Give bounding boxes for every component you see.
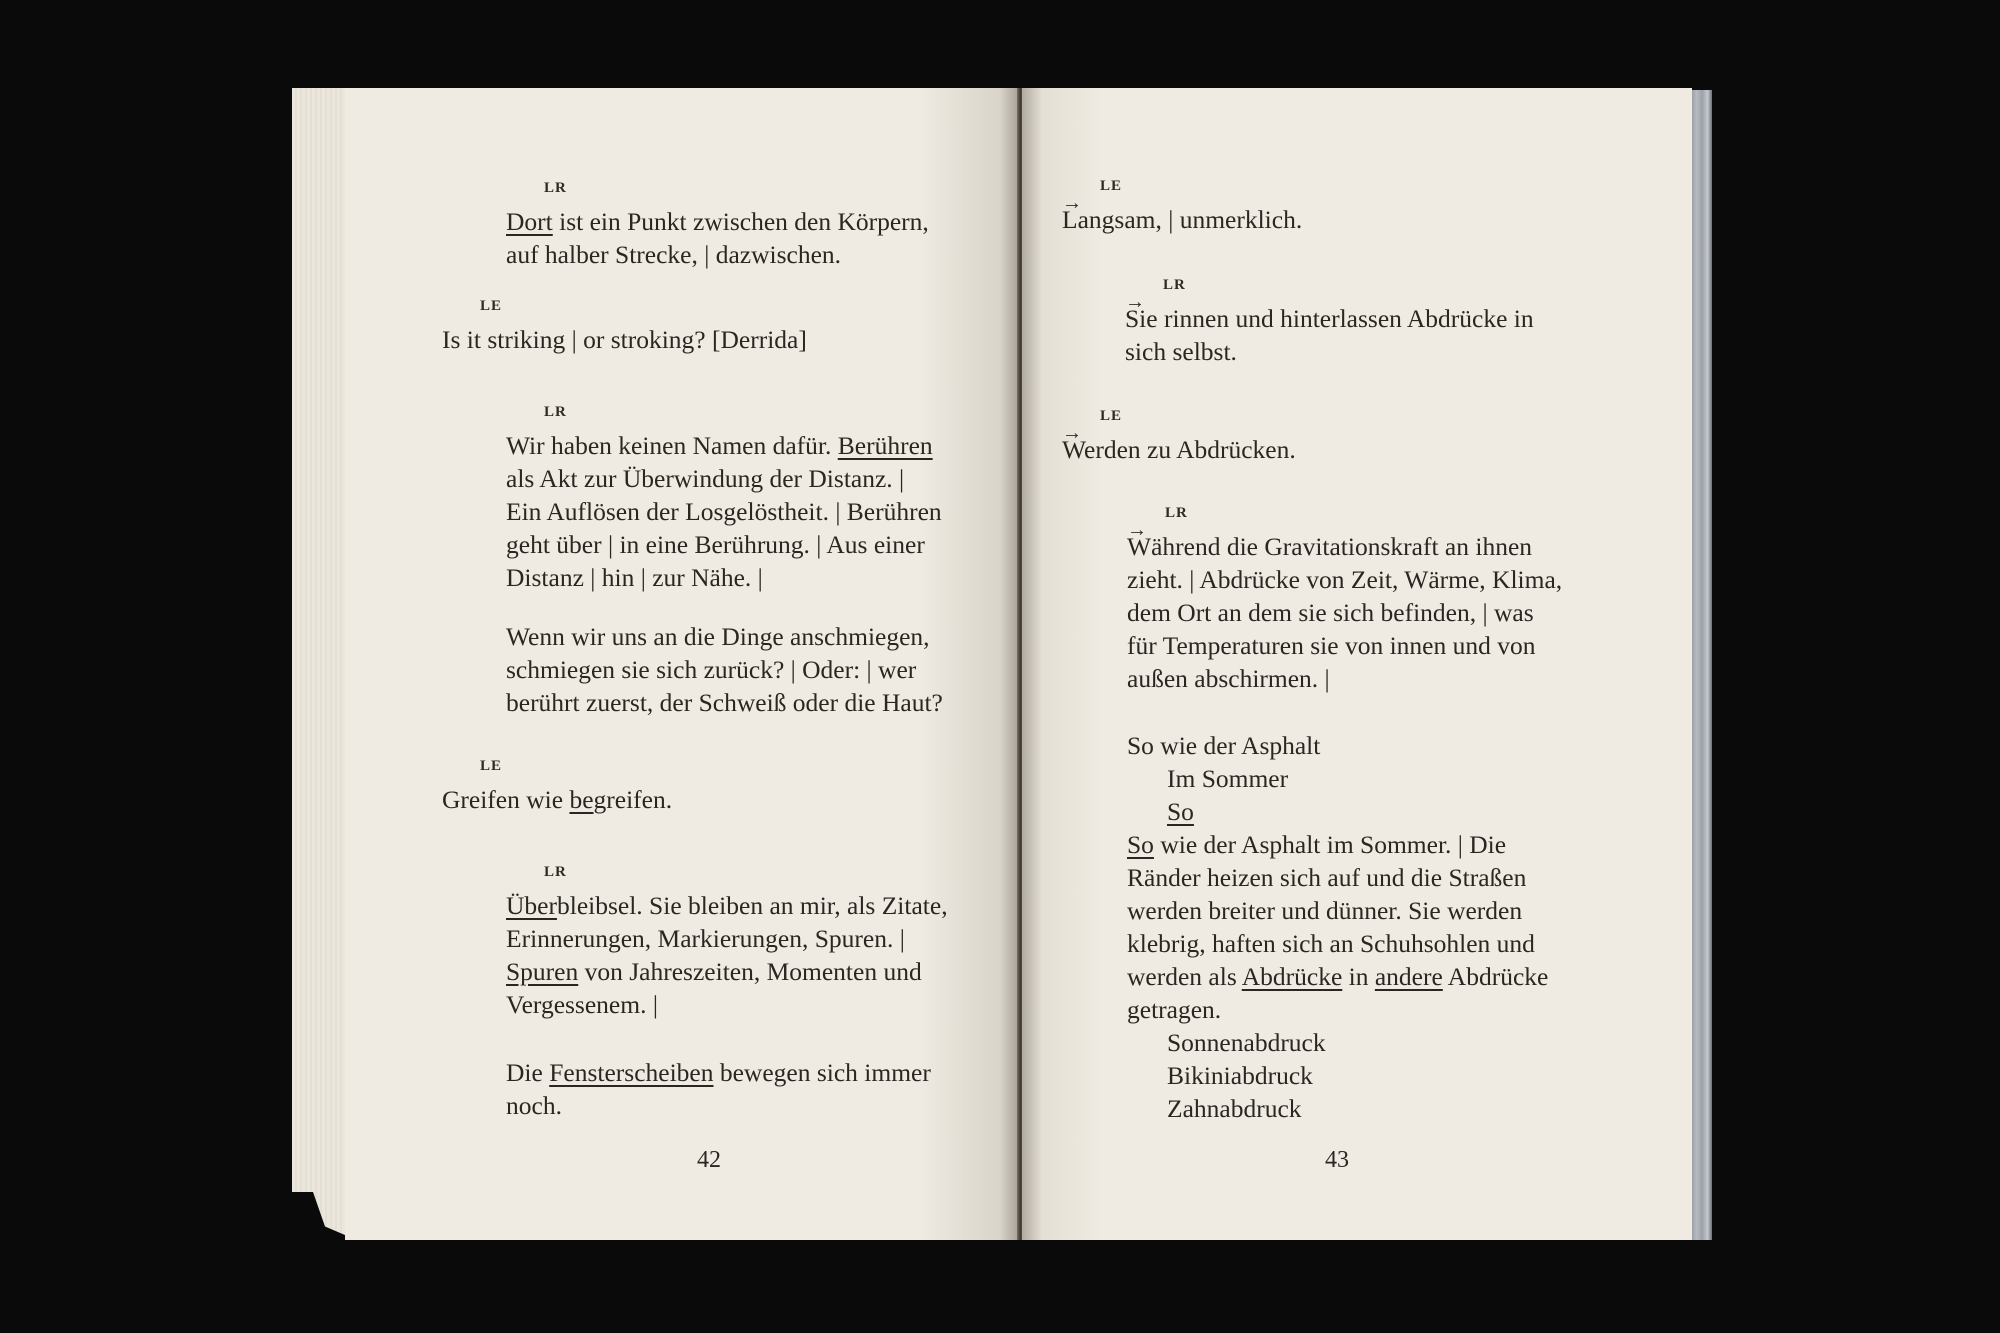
text-block: Die Fensterscheiben bewegen sich immerno…	[506, 1056, 931, 1122]
text-span: bleibsel. Sie bleiben an mir, als Zitate…	[557, 891, 948, 920]
text-block: So wie der AsphaltIm SommerSoSo wie der …	[1127, 729, 1548, 1125]
text-block: LRWir haben keinen Namen dafür. Berühren…	[506, 429, 942, 594]
left-page: 42 LRDort ist ein Punkt zwischen den Kör…	[345, 88, 1020, 1240]
text-block: LE→Langsam, | unmerklich.	[1062, 203, 1302, 236]
text-span: Sie rinnen und hinterlassen Abdrücke in	[1125, 304, 1534, 333]
text-span: berührt zuerst, der Schweiß oder die Hau…	[506, 688, 943, 717]
text-block: LRDort ist ein Punkt zwischen den Körper…	[506, 205, 929, 271]
text-span: Ein Auflösen der Losgelöstheit. | Berühr…	[506, 497, 942, 526]
text-span: Wir haben keinen Namen dafür.	[506, 431, 838, 460]
text-line: Greifen wie begreifen.	[442, 783, 672, 816]
text-line: Wenn wir uns an die Dinge anschmiegen,	[506, 620, 943, 653]
page-number-right: 43	[1325, 1147, 1349, 1174]
underlined-word: Dort	[506, 207, 553, 236]
speaker-label: LR	[544, 865, 567, 880]
text-span: Werden zu Abdrücken.	[1062, 435, 1296, 464]
speaker-label: LR	[544, 181, 567, 196]
text-line: klebrig, haften sich an Schuhsohlen und	[1127, 927, 1548, 960]
text-line: So wie der Asphalt im Sommer. | Die	[1127, 828, 1548, 861]
underlined-word: So	[1167, 797, 1194, 826]
arrow-right-icon: →	[1125, 292, 1145, 312]
text-span: Is it striking | or stroking? [Derrida]	[442, 325, 807, 354]
text-block: LEIs it striking | or stroking? [Derrida…	[442, 323, 807, 356]
text-line: Sie rinnen und hinterlassen Abdrücke in	[1125, 302, 1534, 335]
text-span: Zahnabdruck	[1167, 1094, 1302, 1123]
underlined-word: Spuren	[506, 957, 578, 986]
page-stack-right-edge	[1690, 90, 1712, 1240]
text-line: Bikiniabdruck	[1127, 1059, 1548, 1092]
text-line: berührt zuerst, der Schweiß oder die Hau…	[506, 686, 943, 719]
speaker-label: LR	[1165, 506, 1188, 521]
text-line: Im Sommer	[1127, 762, 1548, 795]
text-line: auf halber Strecke, | dazwischen.	[506, 238, 929, 271]
underlined-word: andere	[1375, 962, 1443, 991]
text-line: Während die Gravitationskraft an ihnen	[1127, 530, 1562, 563]
text-span: wie der Asphalt im Sommer. | Die	[1154, 830, 1506, 859]
text-span: Greifen wie	[442, 785, 569, 814]
speaker-label: LE	[1100, 409, 1122, 424]
text-span: geht über | in eine Berührung. | Aus ein…	[506, 530, 925, 559]
text-line: sich selbst.	[1125, 335, 1534, 368]
text-span: werden als	[1127, 962, 1242, 991]
text-span: Distanz | hin | zur Nähe. |	[506, 563, 763, 592]
right-page: 43 LE→Langsam, | unmerklich.LR→Sie rinne…	[1022, 88, 1692, 1240]
text-block: LEGreifen wie begreifen.	[442, 783, 672, 816]
text-span: noch.	[506, 1091, 562, 1120]
text-span: Bikiniabdruck	[1167, 1061, 1313, 1090]
speaker-label: LR	[544, 405, 567, 420]
text-line: Erinnerungen, Markierungen, Spuren. |	[506, 922, 948, 955]
underlined-word: Über	[506, 891, 557, 920]
speaker-label: LE	[1100, 179, 1122, 194]
text-span: Erinnerungen, Markierungen, Spuren. |	[506, 924, 905, 953]
page-stack-left-edge	[292, 88, 352, 1238]
text-line: als Akt zur Überwindung der Distanz. |	[506, 462, 942, 495]
text-line: noch.	[506, 1089, 931, 1122]
text-span: Im Sommer	[1167, 764, 1288, 793]
text-span: getragen.	[1127, 995, 1221, 1024]
text-span: Ränder heizen sich auf und die Straßen	[1127, 863, 1526, 892]
text-line: Distanz | hin | zur Nähe. |	[506, 561, 942, 594]
text-span: werden breiter und dünner. Sie werden	[1127, 896, 1522, 925]
text-line: Dort ist ein Punkt zwischen den Körpern,	[506, 205, 929, 238]
text-span: Vergessenem. |	[506, 990, 658, 1019]
underlined-word: So	[1127, 830, 1154, 859]
text-line: für Temperaturen sie von innen und von	[1127, 629, 1562, 662]
text-span: zieht. | Abdrücke von Zeit, Wärme, Klima…	[1127, 565, 1562, 594]
text-block: LE→Werden zu Abdrücken.	[1062, 433, 1296, 466]
text-line: Ränder heizen sich auf und die Straßen	[1127, 861, 1548, 894]
open-book: 42 LRDort ist ein Punkt zwischen den Kör…	[0, 0, 2000, 1333]
text-line: Langsam, | unmerklich.	[1062, 203, 1302, 236]
text-span: So wie der Asphalt	[1127, 731, 1320, 760]
speaker-label: LR	[1163, 278, 1186, 293]
text-line: Is it striking | or stroking? [Derrida]	[442, 323, 807, 356]
text-span: Langsam, | unmerklich.	[1062, 205, 1302, 234]
text-line: So	[1127, 795, 1548, 828]
text-line: werden als Abdrücke in andere Abdrücke	[1127, 960, 1548, 993]
text-span: auf halber Strecke, | dazwischen.	[506, 240, 841, 269]
text-block: Wenn wir uns an die Dinge anschmiegen,sc…	[506, 620, 943, 719]
text-line: Die Fensterscheiben bewegen sich immer	[506, 1056, 931, 1089]
text-line: Wir haben keinen Namen dafür. Berühren	[506, 429, 942, 462]
text-span: von Jahreszeiten, Momenten und	[578, 957, 921, 986]
text-block: LR→Sie rinnen und hinterlassen Abdrücke …	[1125, 302, 1534, 368]
underlined-word: Berühren	[838, 431, 933, 460]
text-span: klebrig, haften sich an Schuhsohlen und	[1127, 929, 1535, 958]
text-line: Vergessenem. |	[506, 988, 948, 1021]
underlined-word: Fensterscheiben	[549, 1058, 713, 1087]
text-line: getragen.	[1127, 993, 1548, 1026]
page-number-left: 42	[697, 1147, 721, 1174]
text-line: Sonnenabdruck	[1127, 1026, 1548, 1059]
text-line: schmiegen sie sich zurück? | Oder: | wer	[506, 653, 943, 686]
arrow-right-icon: →	[1127, 520, 1147, 540]
text-block: LRÜberbleibsel. Sie bleiben an mir, als …	[506, 889, 948, 1021]
text-line: Werden zu Abdrücken.	[1062, 433, 1296, 466]
underlined-word: Abdrücke	[1242, 962, 1343, 991]
speaker-label: LE	[480, 299, 502, 314]
text-span: Die	[506, 1058, 549, 1087]
text-span: greifen.	[594, 785, 673, 814]
text-span: als Akt zur Überwindung der Distanz. |	[506, 464, 904, 493]
text-block: LR→Während die Gravitationskraft an ihne…	[1127, 530, 1562, 695]
text-span: Sonnenabdruck	[1167, 1028, 1326, 1057]
text-span: Abdrücke	[1443, 962, 1549, 991]
underlined-word: be	[569, 785, 593, 814]
text-line: zieht. | Abdrücke von Zeit, Wärme, Klima…	[1127, 563, 1562, 596]
text-span: in	[1342, 962, 1375, 991]
arrow-right-icon: →	[1062, 193, 1082, 213]
text-span: für Temperaturen sie von innen und von	[1127, 631, 1535, 660]
text-line: So wie der Asphalt	[1127, 729, 1548, 762]
arrow-right-icon: →	[1062, 423, 1082, 443]
text-span: Während die Gravitationskraft an ihnen	[1127, 532, 1532, 561]
text-line: werden breiter und dünner. Sie werden	[1127, 894, 1548, 927]
text-span: sich selbst.	[1125, 337, 1237, 366]
text-span: bewegen sich immer	[713, 1058, 930, 1087]
text-line: außen abschirmen. |	[1127, 662, 1562, 695]
text-line: Ein Auflösen der Losgelöstheit. | Berühr…	[506, 495, 942, 528]
text-line: dem Ort an dem sie sich befinden, | was	[1127, 596, 1562, 629]
text-span: Wenn wir uns an die Dinge anschmiegen,	[506, 622, 930, 651]
text-line: Zahnabdruck	[1127, 1092, 1548, 1125]
text-span: dem Ort an dem sie sich befinden, | was	[1127, 598, 1534, 627]
speaker-label: LE	[480, 759, 502, 774]
text-line: geht über | in eine Berührung. | Aus ein…	[506, 528, 942, 561]
text-span: ist ein Punkt zwischen den Körpern,	[553, 207, 929, 236]
text-line: Überbleibsel. Sie bleiben an mir, als Zi…	[506, 889, 948, 922]
text-span: schmiegen sie sich zurück? | Oder: | wer	[506, 655, 916, 684]
text-span: außen abschirmen. |	[1127, 664, 1330, 693]
text-line: Spuren von Jahreszeiten, Momenten und	[506, 955, 948, 988]
